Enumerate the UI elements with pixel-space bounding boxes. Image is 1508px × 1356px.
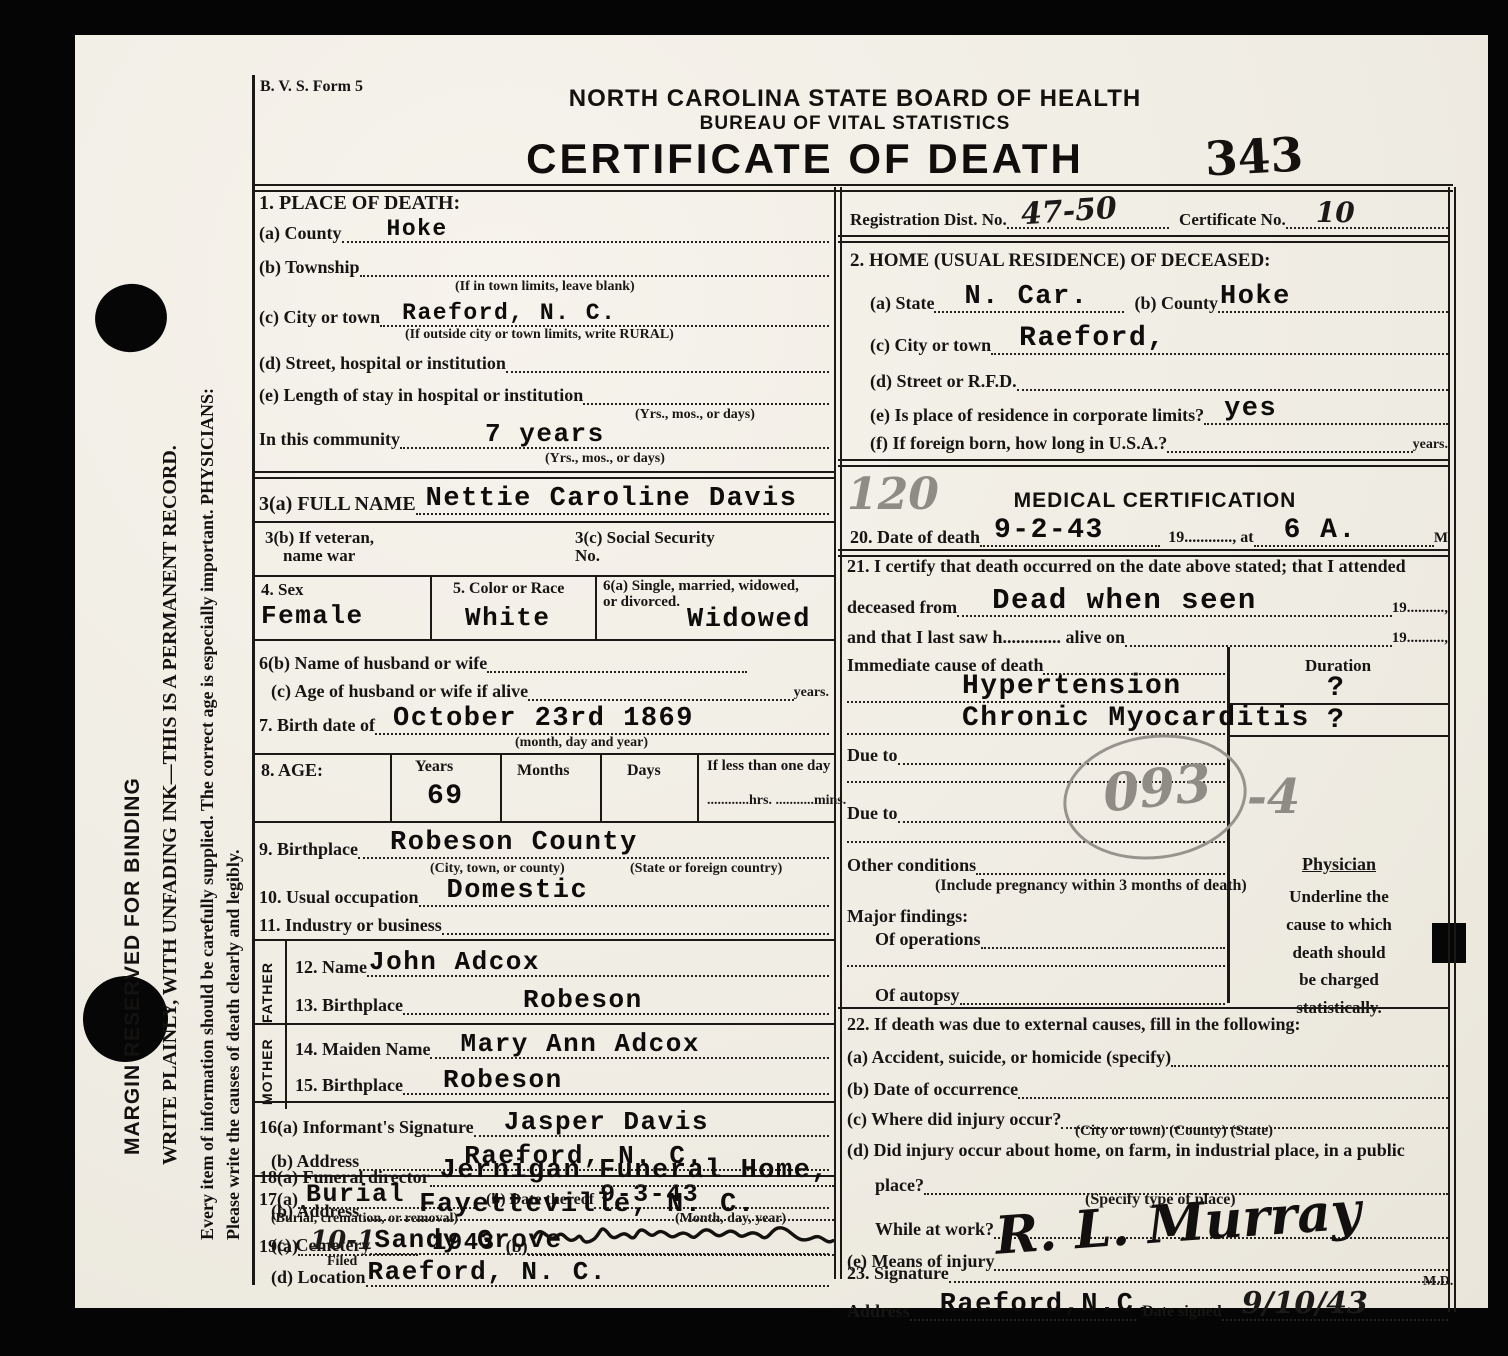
funeral-address-label: (b) Address bbox=[271, 1202, 359, 1221]
filed-label: 19(a) bbox=[259, 1237, 298, 1256]
registrar-b-label: (b) bbox=[506, 1237, 528, 1256]
filing-block: 18(a) Funeral director Jernigan Funeral … bbox=[75, 35, 1488, 1356]
filed-year-value: 1943 bbox=[432, 1232, 496, 1256]
funeral-director-value: Jernigan Funeral Home, bbox=[440, 1158, 829, 1185]
funeral-director-label: 18(a) Funeral director bbox=[259, 1168, 430, 1187]
filed-date-value: 10-1 bbox=[310, 1228, 375, 1254]
registrar-signature bbox=[528, 1206, 834, 1254]
filed-caption: Filed bbox=[327, 1254, 357, 1270]
registrar-signature-line bbox=[528, 1206, 834, 1256]
scanned-death-certificate: MARGIN RESERVED FOR BINDING WRITE PLAINL… bbox=[0, 0, 1508, 1356]
